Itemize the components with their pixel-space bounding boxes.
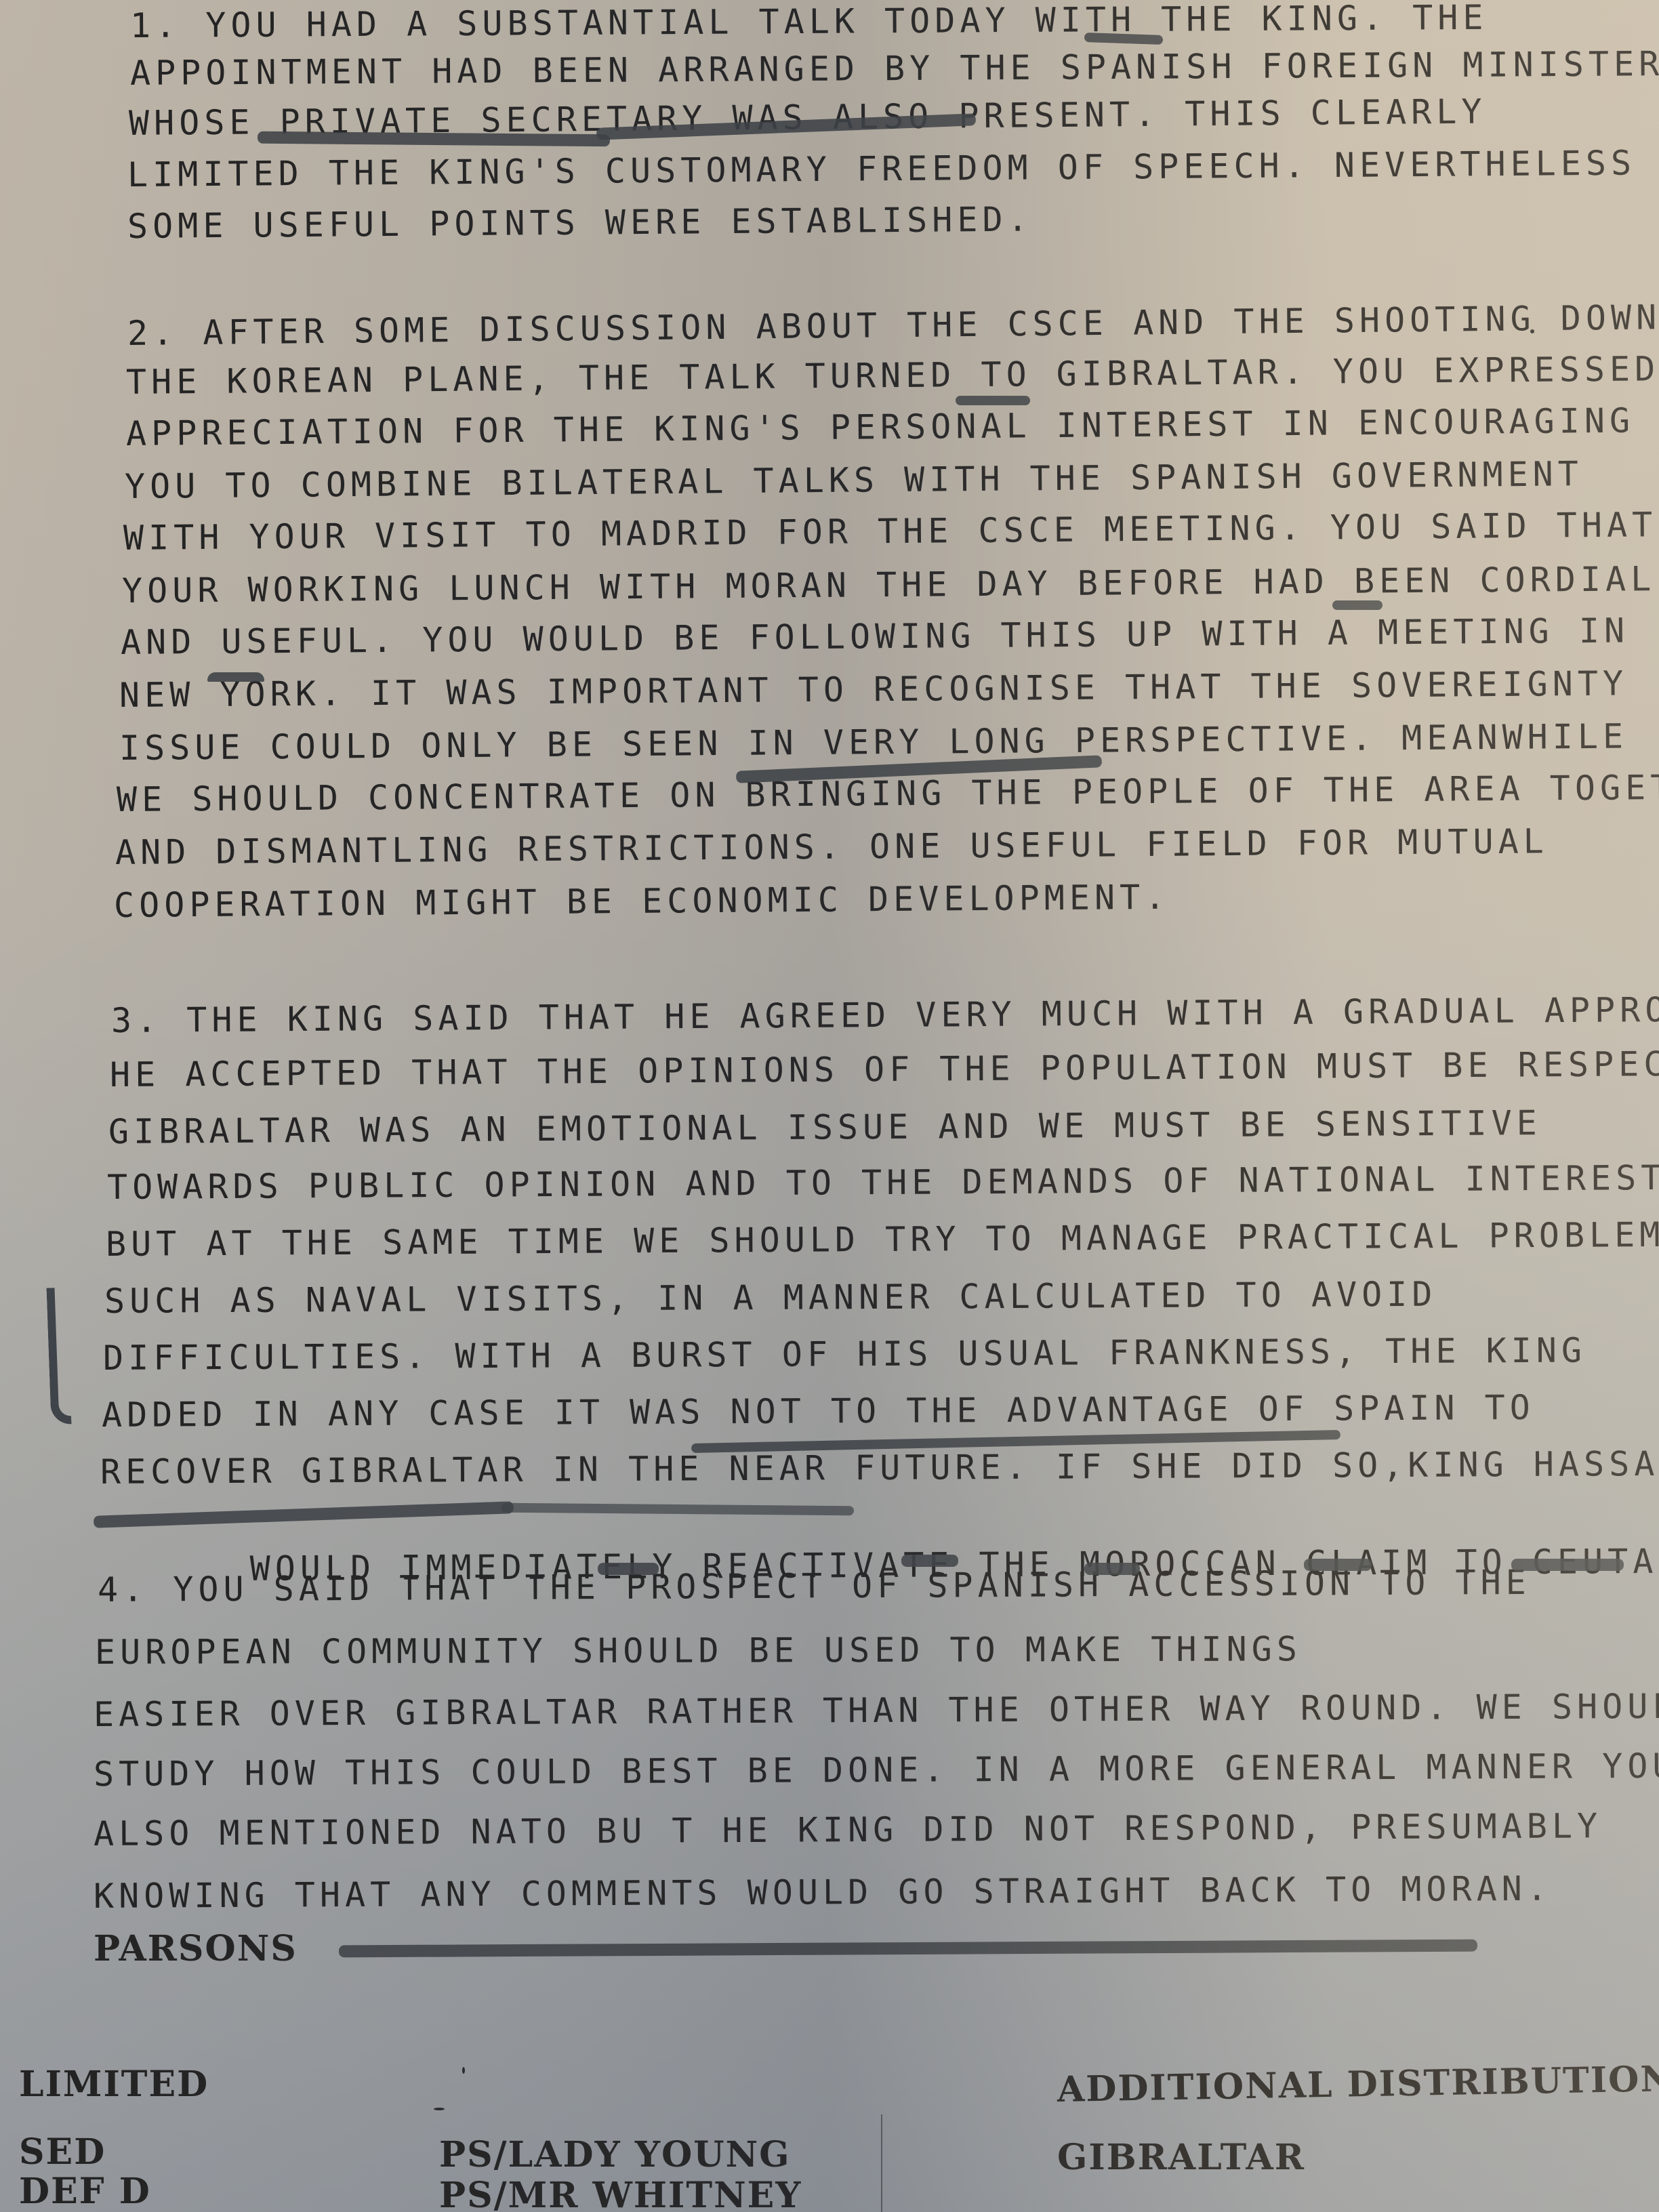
underline-mark (258, 131, 610, 147)
text-line: GIBRALTAR WAS AN EMOTIONAL ISSUE AND WE … (108, 1103, 1542, 1152)
text-line: APPRECIATION FOR THE KING'S PERSONAL INT… (126, 401, 1635, 454)
text-line: EUROPEAN COMMUNITY SHOULD BE USED TO MAK… (95, 1629, 1302, 1673)
text-line: DIFFICULTIES. WITH A BURST OF HIS USUAL … (103, 1330, 1586, 1378)
text-line: SUCH AS NAVAL VISITS, IN A MANNER CALCUL… (104, 1274, 1437, 1322)
text-line: TOWARDS PUBLIC OPINION AND TO THE DEMAND… (107, 1157, 1659, 1208)
department-item: SED (19, 2132, 106, 2173)
text-line: ISSUE COULD ONLY BE SEEN IN VERY LONG PE… (119, 716, 1629, 769)
underline-mark (1332, 600, 1382, 610)
underline-mark (901, 1555, 958, 1567)
underline-mark (339, 1940, 1477, 1958)
classification-label: LIMITED (19, 2064, 209, 2105)
document-page: 1. YOU HAD A SUBSTANTIAL TALK TODAY WITH… (0, 0, 1659, 2212)
underline-mark (1084, 1563, 1140, 1575)
text-line: YOUR WORKING LUNCH WITH MORAN THE DAY BE… (122, 558, 1656, 611)
text-line: NEW YORK. IT WAS IMPORTANT TO RECOGNISE … (119, 663, 1629, 716)
text-line: AND USEFUL. YOU WOULD BE FOLLOWING THIS … (121, 611, 1630, 663)
text-line: ADDED IN ANY CASE IT WAS NOT TO THE ADVA… (102, 1387, 1535, 1435)
underline-mark (1084, 33, 1163, 45)
signature: PARSONS (94, 1929, 298, 1969)
text-line: APPOINTMENT HAD BEEN ARRANGED BY THE SPA… (130, 43, 1659, 94)
underline-mark (1511, 1559, 1624, 1571)
text-line: COOPERATION MIGHT BE ECONOMIC DEVELOPMEN… (114, 877, 1170, 926)
text-line: KNOWING THAT ANY COMMENTS WOULD GO STRAI… (94, 1868, 1552, 1917)
column-divider (881, 2114, 882, 2212)
additional-distribution-heading: ADDITIONAL DISTRIBUTION (1057, 2059, 1659, 2110)
text-line: RECOVER GIBRALTAR IN THE NEAR FUTURE. IF… (100, 1443, 1659, 1492)
ink-speck (1530, 329, 1534, 333)
ink-speck (434, 2108, 445, 2110)
text-line: YOU TO COMBINE BILATERAL TALKS WITH THE … (125, 453, 1583, 507)
additional-distribution-item: GIBRALTAR (1057, 2137, 1305, 2178)
text-line: 2. AFTER SOME DISCUSSION ABOUT THE CSCE … (127, 295, 1659, 354)
underline-mark (1304, 1559, 1372, 1571)
text-line: ALSO MENTIONED NATO BU T HE KING DID NOT… (94, 1805, 1602, 1854)
text-line: WITH YOUR VISIT TO MADRID FOR THE CSCE M… (123, 504, 1658, 558)
underline-mark (956, 396, 1030, 405)
ink-speck (462, 2067, 465, 2074)
distribution-item: PS/LADY YOUNG (439, 2135, 791, 2175)
text-line: 3. THE KING SAID THAT HE AGREED VERY MUC… (111, 989, 1659, 1041)
text-line: LIMITED THE KING'S CUSTOMARY FREEDOM OF … (127, 143, 1637, 195)
text-line: AND DISMANTLING RESTRICTIONS. ONE USEFUL… (115, 821, 1549, 873)
text-line: STUDY HOW THIS COULD BEST BE DONE. IN A … (94, 1746, 1659, 1795)
underline-mark (207, 672, 264, 682)
text-line: SOME USEFUL POINTS WERE ESTABLISHED. (127, 199, 1033, 247)
margin-sideline-mark (46, 1288, 71, 1425)
underline-mark (598, 1563, 659, 1575)
department-item: DEF D (19, 2171, 151, 2212)
text-line: 1. YOU HAD A SUBSTANTIAL TALK TODAY WITH… (130, 0, 1488, 46)
distribution-item: PS/MR WHITNEY (439, 2175, 802, 2212)
text-line: THE KOREAN PLANE, THE TALK TURNED TO GIB… (126, 348, 1659, 403)
text-line: BUT AT THE SAME TIME WE SHOULD TRY TO MA… (106, 1214, 1659, 1265)
text-line: EASIER OVER GIBRALTAR RATHER THAN THE OT… (94, 1686, 1659, 1735)
text-line: HE ACCEPTED THAT THE OPINIONS OF THE POP… (110, 1043, 1659, 1095)
